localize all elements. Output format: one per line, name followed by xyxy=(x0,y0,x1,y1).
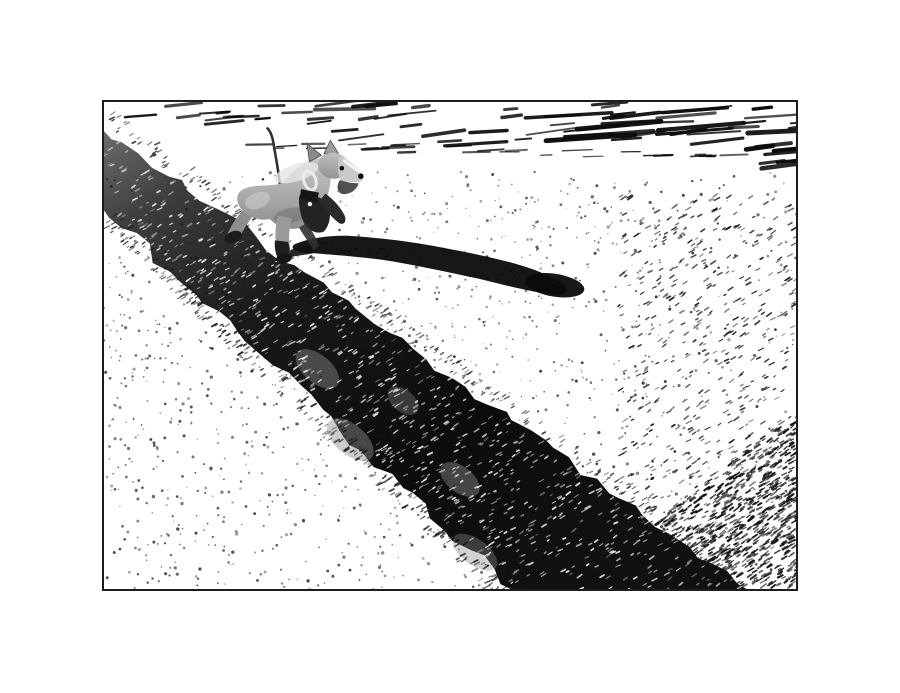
photo-scene xyxy=(104,102,796,589)
framed-photograph xyxy=(102,100,798,591)
dog-collar-tag xyxy=(308,202,313,207)
dog-eye xyxy=(340,166,345,171)
dog-nose xyxy=(358,173,364,179)
photo-matte xyxy=(0,0,900,693)
